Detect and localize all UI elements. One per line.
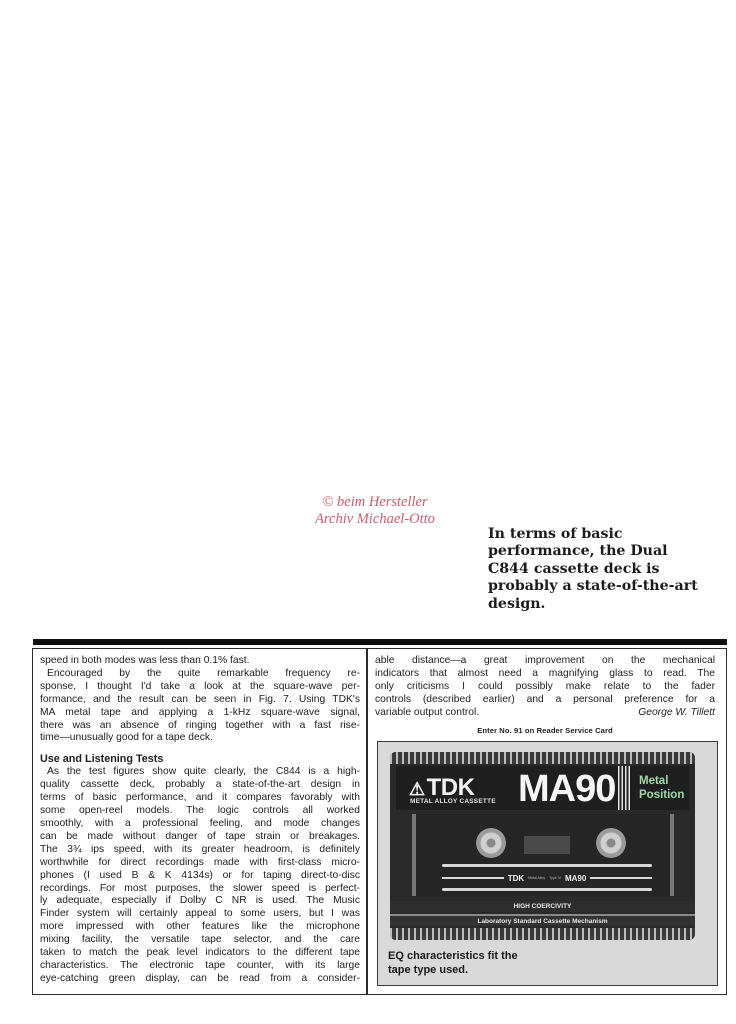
- text-line: there was an absence of ringing together…: [40, 720, 360, 733]
- inner-stripe: [442, 877, 504, 879]
- inner-small-text: Metal Alloy: [528, 876, 545, 880]
- reel-hub-right-icon: [596, 828, 626, 858]
- text-line: recordings. For most purposes, the slowe…: [40, 883, 360, 896]
- text-line: can be made without danger of tape strai…: [40, 831, 360, 844]
- text-line: sponse, I thought I'd take a look at the…: [40, 681, 360, 694]
- watermark: © beim Hersteller Archiv Michael-Otto: [290, 494, 460, 528]
- text-line: indicators that almost need a magnifying…: [375, 668, 715, 681]
- high-coercivity-band: HIGH COERCIVITY: [390, 901, 695, 912]
- photo-caption: EQ characteristics fit the tape type use…: [388, 949, 588, 977]
- text-line: MA metal tape and applying a 1-kHz squar…: [40, 707, 360, 720]
- text-line: only criticisms I could possibly make re…: [375, 681, 715, 694]
- text-line: controls (described earlier) and a perso…: [375, 694, 715, 707]
- cassette-grille-bottom: [390, 928, 695, 940]
- model-name: MA90: [518, 768, 615, 811]
- paragraph: able distance—a great improvement on the…: [375, 655, 715, 720]
- pull-quote-line: C844 cassette deck is: [488, 561, 728, 578]
- reel-hub-left-icon: [476, 828, 506, 858]
- inner-stripe: [442, 864, 652, 867]
- label-stripes: [618, 766, 632, 810]
- watermark-line-2: Archiv Michael-Otto: [290, 511, 460, 528]
- brand-subtitle: METAL ALLOY CASSETTE: [410, 798, 496, 805]
- inner-label: TDK Metal Alloy Type IV MA90: [442, 872, 652, 884]
- text-line: smoothly, with a professional feeling, a…: [40, 818, 360, 831]
- inner-brand: TDK: [508, 874, 524, 883]
- cassette-label: ⚠TDK METAL ALLOY CASSETTE MA90 Metal Pos…: [396, 766, 689, 810]
- text-line: ly adequate, especially if Dolby C NR is…: [40, 895, 360, 908]
- text-line: eye-catching green display, can be read …: [40, 973, 360, 986]
- left-column: speed in both modes was less than 0.1% f…: [40, 655, 360, 986]
- top-rule-divider: [33, 639, 727, 645]
- watermark-line-1: © beim Hersteller: [290, 494, 460, 511]
- text-line: mixing facility, the versatile tape sele…: [40, 934, 360, 947]
- text-line: quality cassette deck, probably a state-…: [40, 779, 360, 792]
- brand-name: TDK: [427, 774, 475, 801]
- position-line-2: Position: [639, 788, 684, 802]
- text-line: more impressed with other features like …: [40, 921, 360, 934]
- cassette-window: TDK Metal Alloy Type IV MA90: [412, 814, 674, 896]
- position-line-1: Metal: [639, 774, 684, 788]
- text-line: Encouraged by the quite remarkable frequ…: [40, 668, 360, 681]
- text-line: variable output control.: [375, 707, 479, 720]
- text-line: formance, and the result can be seen in …: [40, 694, 360, 707]
- cassette-image: ⚠TDK METAL ALLOY CASSETTE MA90 Metal Pos…: [390, 752, 695, 940]
- mechanism-band: Laboratory Standard Cassette Mechanism: [390, 914, 695, 926]
- text-line: As the test figures show quite clearly, …: [40, 766, 360, 779]
- caption-line: tape type used.: [388, 963, 588, 977]
- text-line: able distance—a great improvement on the…: [375, 655, 715, 668]
- cassette-grille-top: [390, 752, 695, 764]
- pull-quote-line: design.: [488, 596, 728, 613]
- text-line: some open-reel models. The logic control…: [40, 805, 360, 818]
- inner-small-text: Type IV: [549, 876, 561, 880]
- pull-quote: In terms of basic performance, the Dual …: [488, 526, 728, 613]
- text-line: speed in both modes was less than 0.1% f…: [40, 655, 360, 668]
- tdk-triangle-icon: ⚠: [409, 779, 425, 799]
- column-divider: [366, 648, 368, 995]
- author-byline: George W. Tillett: [638, 707, 715, 720]
- text-line: time—unusually good for a tape deck.: [40, 732, 360, 745]
- reader-service-note: Enter No. 91 on Reader Service Card: [375, 725, 715, 738]
- text-line: Finder system will certainly appeal to s…: [40, 908, 360, 921]
- inner-stripe: [590, 877, 652, 879]
- pull-quote-line: probably a state-of-the-art: [488, 578, 728, 595]
- text-line: phones (I used B & K 4134s) or for tapin…: [40, 870, 360, 883]
- text-line: worthwhile for direct recordings made wi…: [40, 857, 360, 870]
- pull-quote-line: performance, the Dual: [488, 543, 728, 560]
- cassette-photo-frame: ⚠TDK METAL ALLOY CASSETTE MA90 Metal Pos…: [377, 741, 718, 986]
- text-line: taken to match the peak level indicators…: [40, 947, 360, 960]
- paragraph: As the test figures show quite clearly, …: [40, 766, 360, 985]
- tape-position: Metal Position: [639, 774, 684, 802]
- inner-model: MA90: [565, 874, 586, 883]
- section-heading: Use and Listening Tests: [40, 753, 360, 766]
- paragraph: speed in both modes was less than 0.1% f…: [40, 655, 360, 668]
- text-line: characteristics. The electronic tape cou…: [40, 960, 360, 973]
- closing-line: variable output control. George W. Tille…: [375, 707, 715, 720]
- inner-stripe: [442, 888, 652, 891]
- right-column: able distance—a great improvement on the…: [375, 655, 715, 737]
- caption-line: EQ characteristics fit the: [388, 949, 588, 963]
- text-line: terms of basic performance, and it compa…: [40, 792, 360, 805]
- paragraph: Encouraged by the quite remarkable frequ…: [40, 668, 360, 745]
- tape-viewport: [524, 836, 570, 854]
- pull-quote-line: In terms of basic: [488, 526, 728, 543]
- text-line: The 3¾ ips speed, with its greater headr…: [40, 844, 360, 857]
